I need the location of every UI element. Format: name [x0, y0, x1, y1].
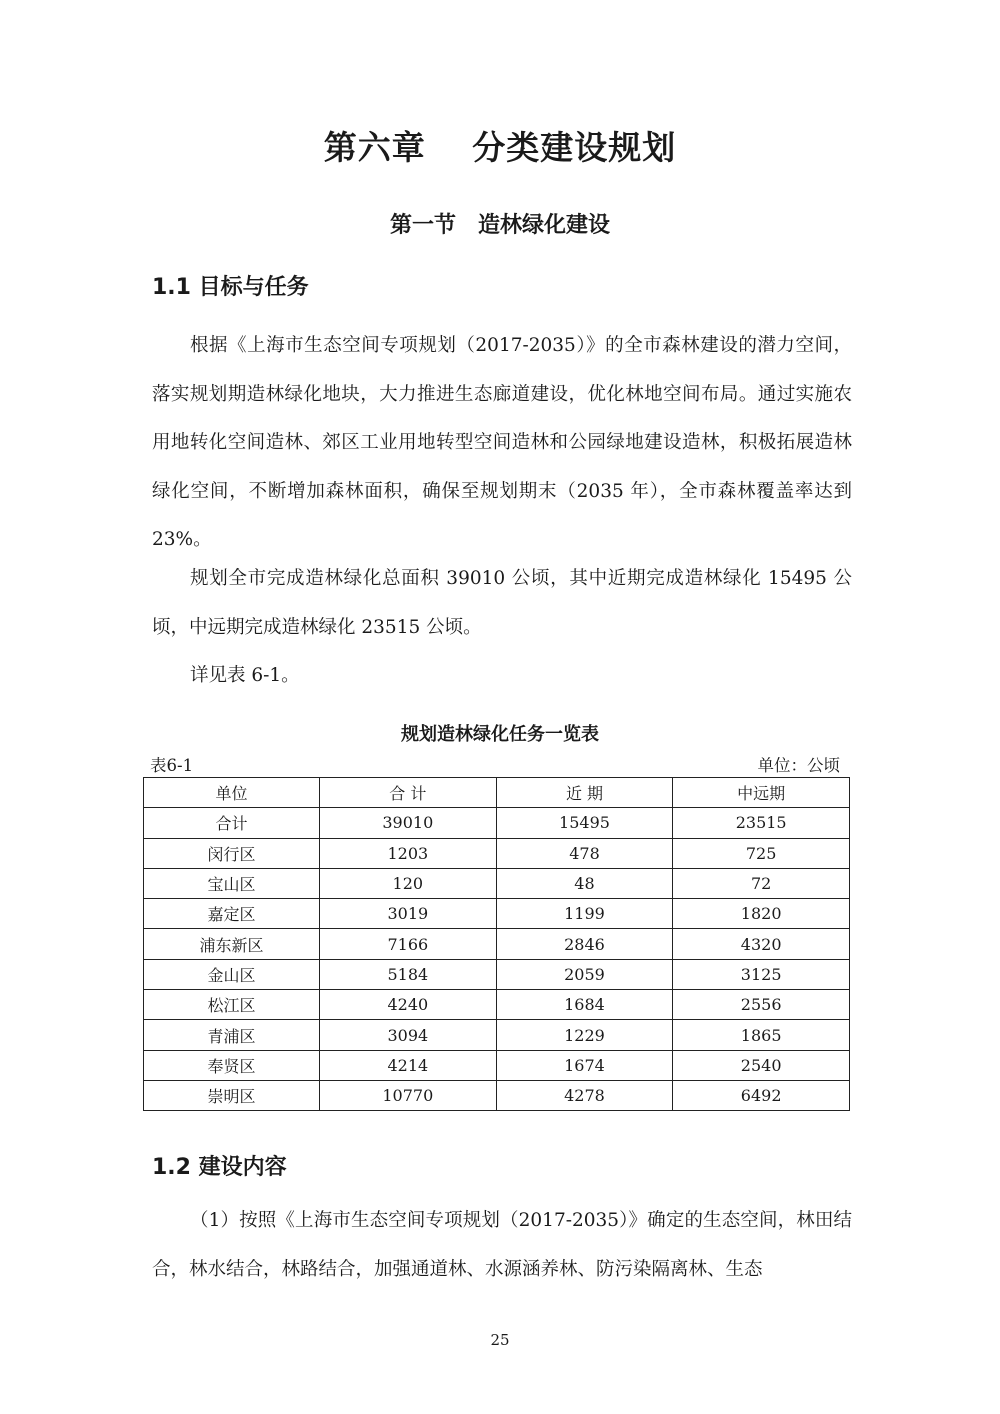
table-row: 青浦区 3094 1229 1865: [144, 1020, 850, 1050]
table-row: 松江区 4240 1684 2556: [144, 990, 850, 1020]
paragraph-construction-content: （1）按照《上海市生态空间专项规划（2017-2035）》确定的生态空间，林田结…: [152, 1197, 852, 1294]
cell-total: 10770: [320, 1080, 497, 1110]
subsection-heading-1-1: 1.1 目标与任务: [152, 270, 309, 301]
cell-near: 478: [496, 838, 673, 868]
table-row: 闵行区 1203 478 725: [144, 838, 850, 868]
table-row: 崇明区 10770 4278 6492: [144, 1080, 850, 1110]
cell-total: 5184: [320, 959, 497, 989]
cell-district: 闵行区: [144, 838, 320, 868]
header-mid-long-term: 中远期: [673, 778, 850, 808]
header-unit: 单位: [144, 778, 320, 808]
cell-total: 3019: [320, 899, 497, 929]
cell-mid-long: 725: [673, 838, 850, 868]
cell-district: 松江区: [144, 990, 320, 1020]
cell-mid-long: 6492: [673, 1080, 850, 1110]
subsection-heading-1-2: 1.2 建设内容: [152, 1150, 287, 1181]
cell-total: 1203: [320, 838, 497, 868]
cell-district: 青浦区: [144, 1020, 320, 1050]
cell-total: 3094: [320, 1020, 497, 1050]
table-row: 嘉定区 3019 1199 1820: [144, 899, 850, 929]
cell-district: 奉贤区: [144, 1050, 320, 1080]
cell-near: 1229: [496, 1020, 673, 1050]
cell-total: 4214: [320, 1050, 497, 1080]
cell-near: 2059: [496, 959, 673, 989]
cell-near: 1199: [496, 899, 673, 929]
cell-near: 15495: [496, 808, 673, 838]
cell-near: 4278: [496, 1080, 673, 1110]
table-number: 表6-1: [150, 752, 193, 776]
paragraph-goals: 根据《上海市生态空间专项规划（2017-2035）》的全市森林建设的潜力空间，落…: [152, 322, 852, 565]
afforestation-task-table: 单位 合 计 近 期 中远期 合计 39010 15495 23515 闵行区 …: [143, 777, 850, 1111]
cell-total: 7166: [320, 929, 497, 959]
cell-mid-long: 3125: [673, 959, 850, 989]
cell-near: 48: [496, 868, 673, 898]
paragraph-total-area: 规划全市完成造林绿化总面积 39010 公顷，其中近期完成造林绿化 15495 …: [152, 555, 852, 652]
page-number: 25: [0, 1331, 1000, 1349]
chapter-title: 第六章 分类建设规划: [0, 122, 1000, 169]
table-row: 宝山区 120 48 72: [144, 868, 850, 898]
cell-total: 39010: [320, 808, 497, 838]
table-unit: 单位：公顷: [758, 752, 841, 776]
cell-near: 1674: [496, 1050, 673, 1080]
table-row: 奉贤区 4214 1674 2540: [144, 1050, 850, 1080]
cell-district: 宝山区: [144, 868, 320, 898]
table-caption: 规划造林绿化任务一览表: [0, 720, 1000, 746]
header-near-term: 近 期: [496, 778, 673, 808]
cell-district: 嘉定区: [144, 899, 320, 929]
cell-mid-long: 2556: [673, 990, 850, 1020]
table-header-row: 单位 合 计 近 期 中远期: [144, 778, 850, 808]
cell-mid-long: 2540: [673, 1050, 850, 1080]
cell-district: 金山区: [144, 959, 320, 989]
header-total: 合 计: [320, 778, 497, 808]
cell-mid-long: 72: [673, 868, 850, 898]
cell-district: 崇明区: [144, 1080, 320, 1110]
cell-total: 4240: [320, 990, 497, 1020]
paragraph-see-table: 详见表 6-1。: [152, 652, 852, 701]
section-title: 第一节 造林绿化建设: [0, 208, 1000, 239]
table-row: 浦东新区 7166 2846 4320: [144, 929, 850, 959]
cell-near: 2846: [496, 929, 673, 959]
cell-near: 1684: [496, 990, 673, 1020]
cell-district: 浦东新区: [144, 929, 320, 959]
cell-district: 合计: [144, 808, 320, 838]
table-row: 金山区 5184 2059 3125: [144, 959, 850, 989]
cell-mid-long: 4320: [673, 929, 850, 959]
cell-total: 120: [320, 868, 497, 898]
cell-mid-long: 23515: [673, 808, 850, 838]
cell-mid-long: 1865: [673, 1020, 850, 1050]
cell-mid-long: 1820: [673, 899, 850, 929]
table-row: 合计 39010 15495 23515: [144, 808, 850, 838]
